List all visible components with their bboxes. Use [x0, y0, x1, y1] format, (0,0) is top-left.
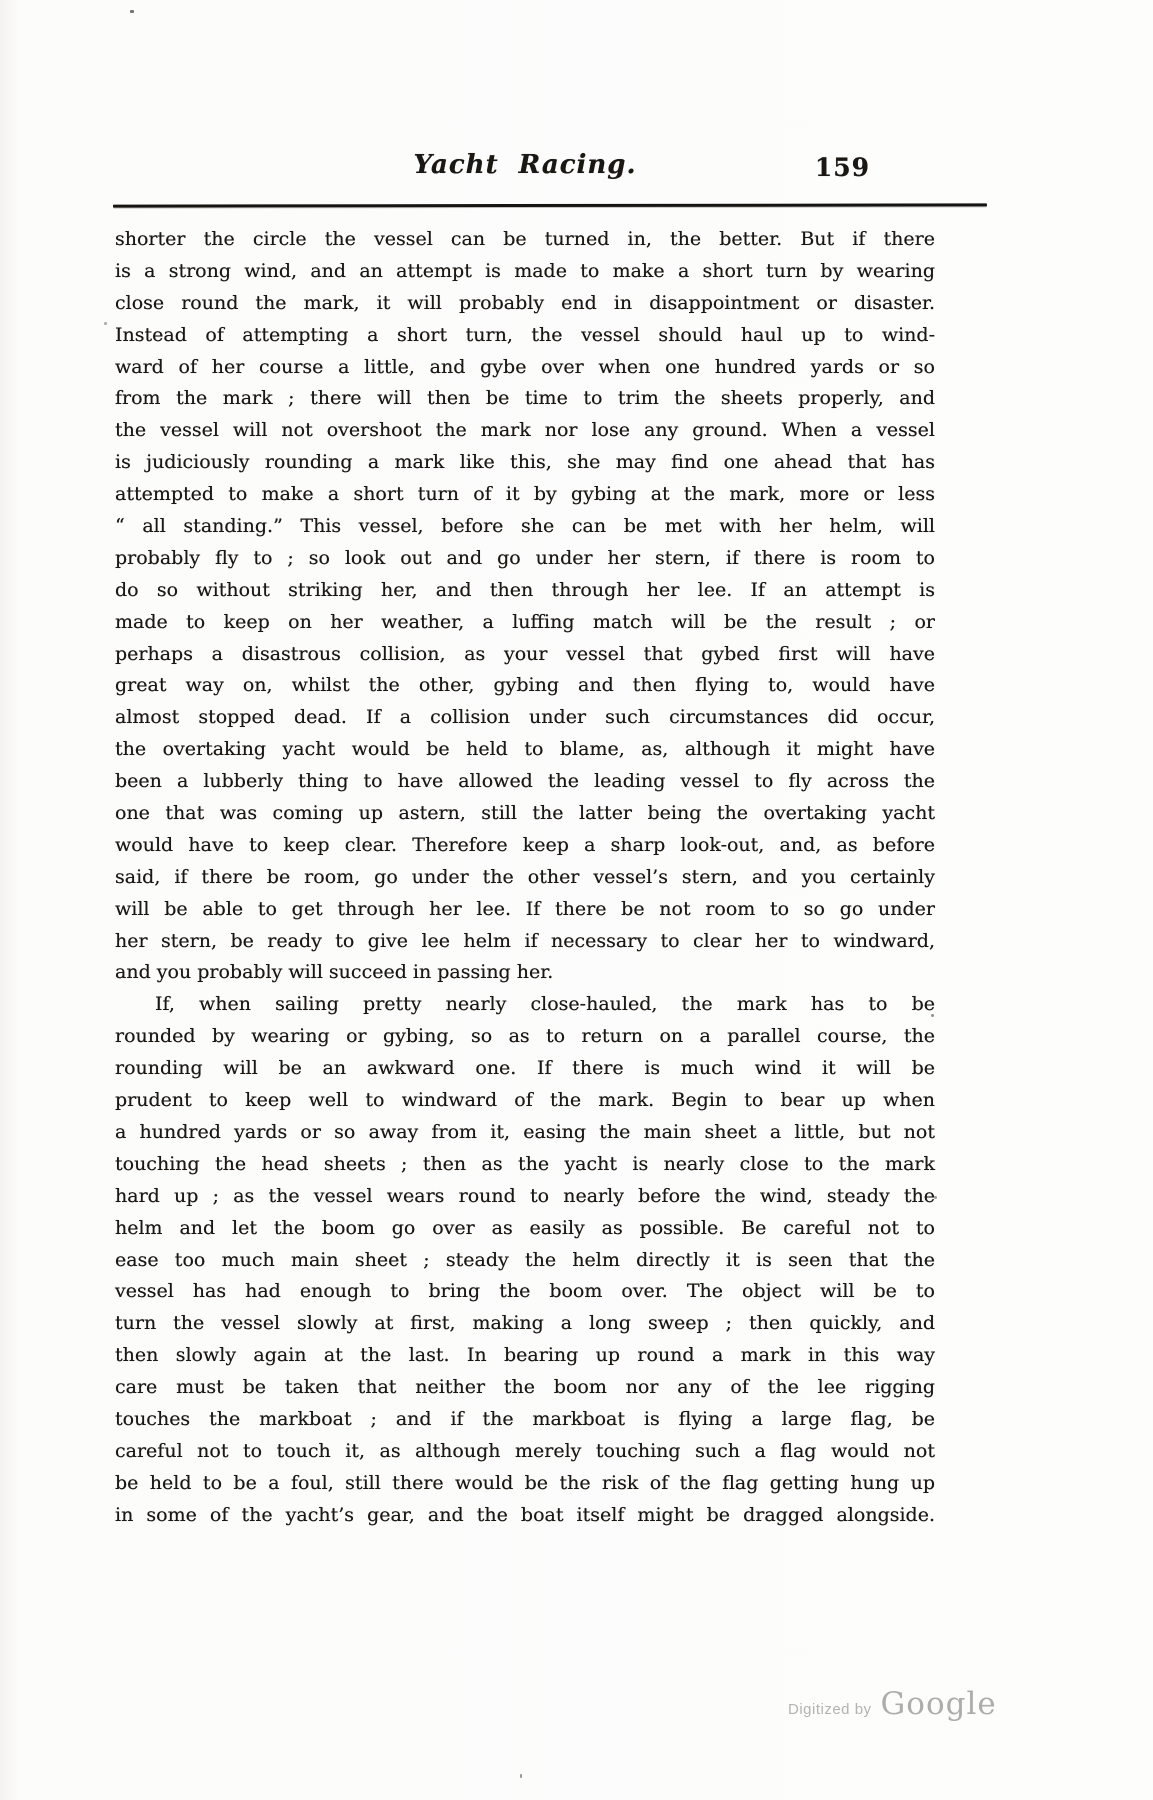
- text-line: hard up ; as the vessel wears round to n…: [115, 1181, 935, 1213]
- text-line: helm and let the boom go over as easily …: [115, 1213, 935, 1245]
- text-line: is judiciously rounding a mark like this…: [115, 447, 935, 479]
- text-line: rounding will be an awkward one. If ther…: [115, 1053, 935, 1085]
- text-line: great way on, whilst the other, gybing a…: [115, 670, 935, 702]
- text-line: attempted to make a short turn of it by …: [115, 479, 935, 511]
- text-line: will be able to get through her lee. If …: [115, 894, 935, 926]
- text-line: been a lubberly thing to have allowed th…: [115, 766, 935, 798]
- book-page: Yacht Racing. 159 shorter the circle the…: [0, 0, 1153, 1800]
- text-line: is a strong wind, and an attempt is made…: [115, 256, 935, 288]
- scan-speck: [520, 1774, 522, 1778]
- body-text: shorter the circle the vessel can be tur…: [115, 224, 935, 1532]
- text-line: prudent to keep well to windward of the …: [115, 1085, 935, 1117]
- text-line: almost stopped dead. If a collision unde…: [115, 702, 935, 734]
- text-line: said, if there be room, go under the oth…: [115, 862, 935, 894]
- text-line: Instead of attempting a short turn, the …: [115, 320, 935, 352]
- page-number: 159: [757, 153, 1070, 182]
- text-line: and you probably will succeed in passing…: [115, 957, 935, 989]
- text-line: ward of her course a little, and gybe ov…: [115, 352, 935, 384]
- scan-speck: [148, 1448, 150, 1450]
- paragraph: shorter the circle the vessel can be tur…: [115, 224, 935, 989]
- digitized-by-watermark: Digitized by Google: [788, 1686, 997, 1722]
- text-line: the overtaking yacht would be held to bl…: [115, 734, 935, 766]
- text-line: one that was coming up astern, still the…: [115, 798, 935, 830]
- text-line: then slowly again at the last. In bearin…: [115, 1340, 935, 1372]
- scan-speck: [931, 1014, 934, 1017]
- scan-speck: [104, 322, 107, 325]
- text-line: ease too much main sheet ; steady the he…: [115, 1245, 935, 1277]
- text-line: vessel has had enough to bring the boom …: [115, 1276, 935, 1308]
- digitized-by-label: Digitized by: [788, 1701, 872, 1718]
- header-rule: [113, 203, 987, 207]
- google-logo: Google: [881, 1686, 997, 1722]
- text-line: touches the markboat ; and if the markbo…: [115, 1404, 935, 1436]
- text-line: close round the mark, it will probably e…: [115, 288, 935, 320]
- text-line: a hundred yards or so away from it, easi…: [115, 1117, 935, 1149]
- running-head: Yacht Racing. 159: [115, 150, 955, 190]
- text-line: the vessel will not overshoot the mark n…: [115, 415, 935, 447]
- text-line: rounded by wearing or gybing, so as to r…: [115, 1021, 935, 1053]
- text-line: would have to keep clear. Therefore keep…: [115, 830, 935, 862]
- text-line: her stern, be ready to give lee helm if …: [115, 926, 935, 958]
- text-line: do so without striking her, and then thr…: [115, 575, 935, 607]
- paragraph: If, when sailing pretty nearly close-hau…: [115, 989, 935, 1531]
- text-line: careful not to touch it, as although mer…: [115, 1436, 935, 1468]
- text-line: If, when sailing pretty nearly close-hau…: [115, 989, 935, 1021]
- text-line: in some of the yacht’s gear, and the boa…: [115, 1500, 935, 1532]
- text-line: care must be taken that neither the boom…: [115, 1372, 935, 1404]
- scan-speck: [130, 10, 134, 13]
- text-line: from the mark ; there will then be time …: [115, 383, 935, 415]
- text-line: shorter the circle the vessel can be tur…: [115, 224, 935, 256]
- text-line: turn the vessel slowly at first, making …: [115, 1308, 935, 1340]
- text-line: be held to be a foul, still there would …: [115, 1468, 935, 1500]
- text-line: perhaps a disastrous collision, as your …: [115, 639, 935, 671]
- scan-speck: [934, 1196, 937, 1199]
- text-line: probably fly to ; so look out and go und…: [115, 543, 935, 575]
- text-line: “ all standing.” This vessel, before she…: [115, 511, 935, 543]
- text-line: made to keep on her weather, a luffing m…: [115, 607, 935, 639]
- text-line: touching the head sheets ; then as the y…: [115, 1149, 935, 1181]
